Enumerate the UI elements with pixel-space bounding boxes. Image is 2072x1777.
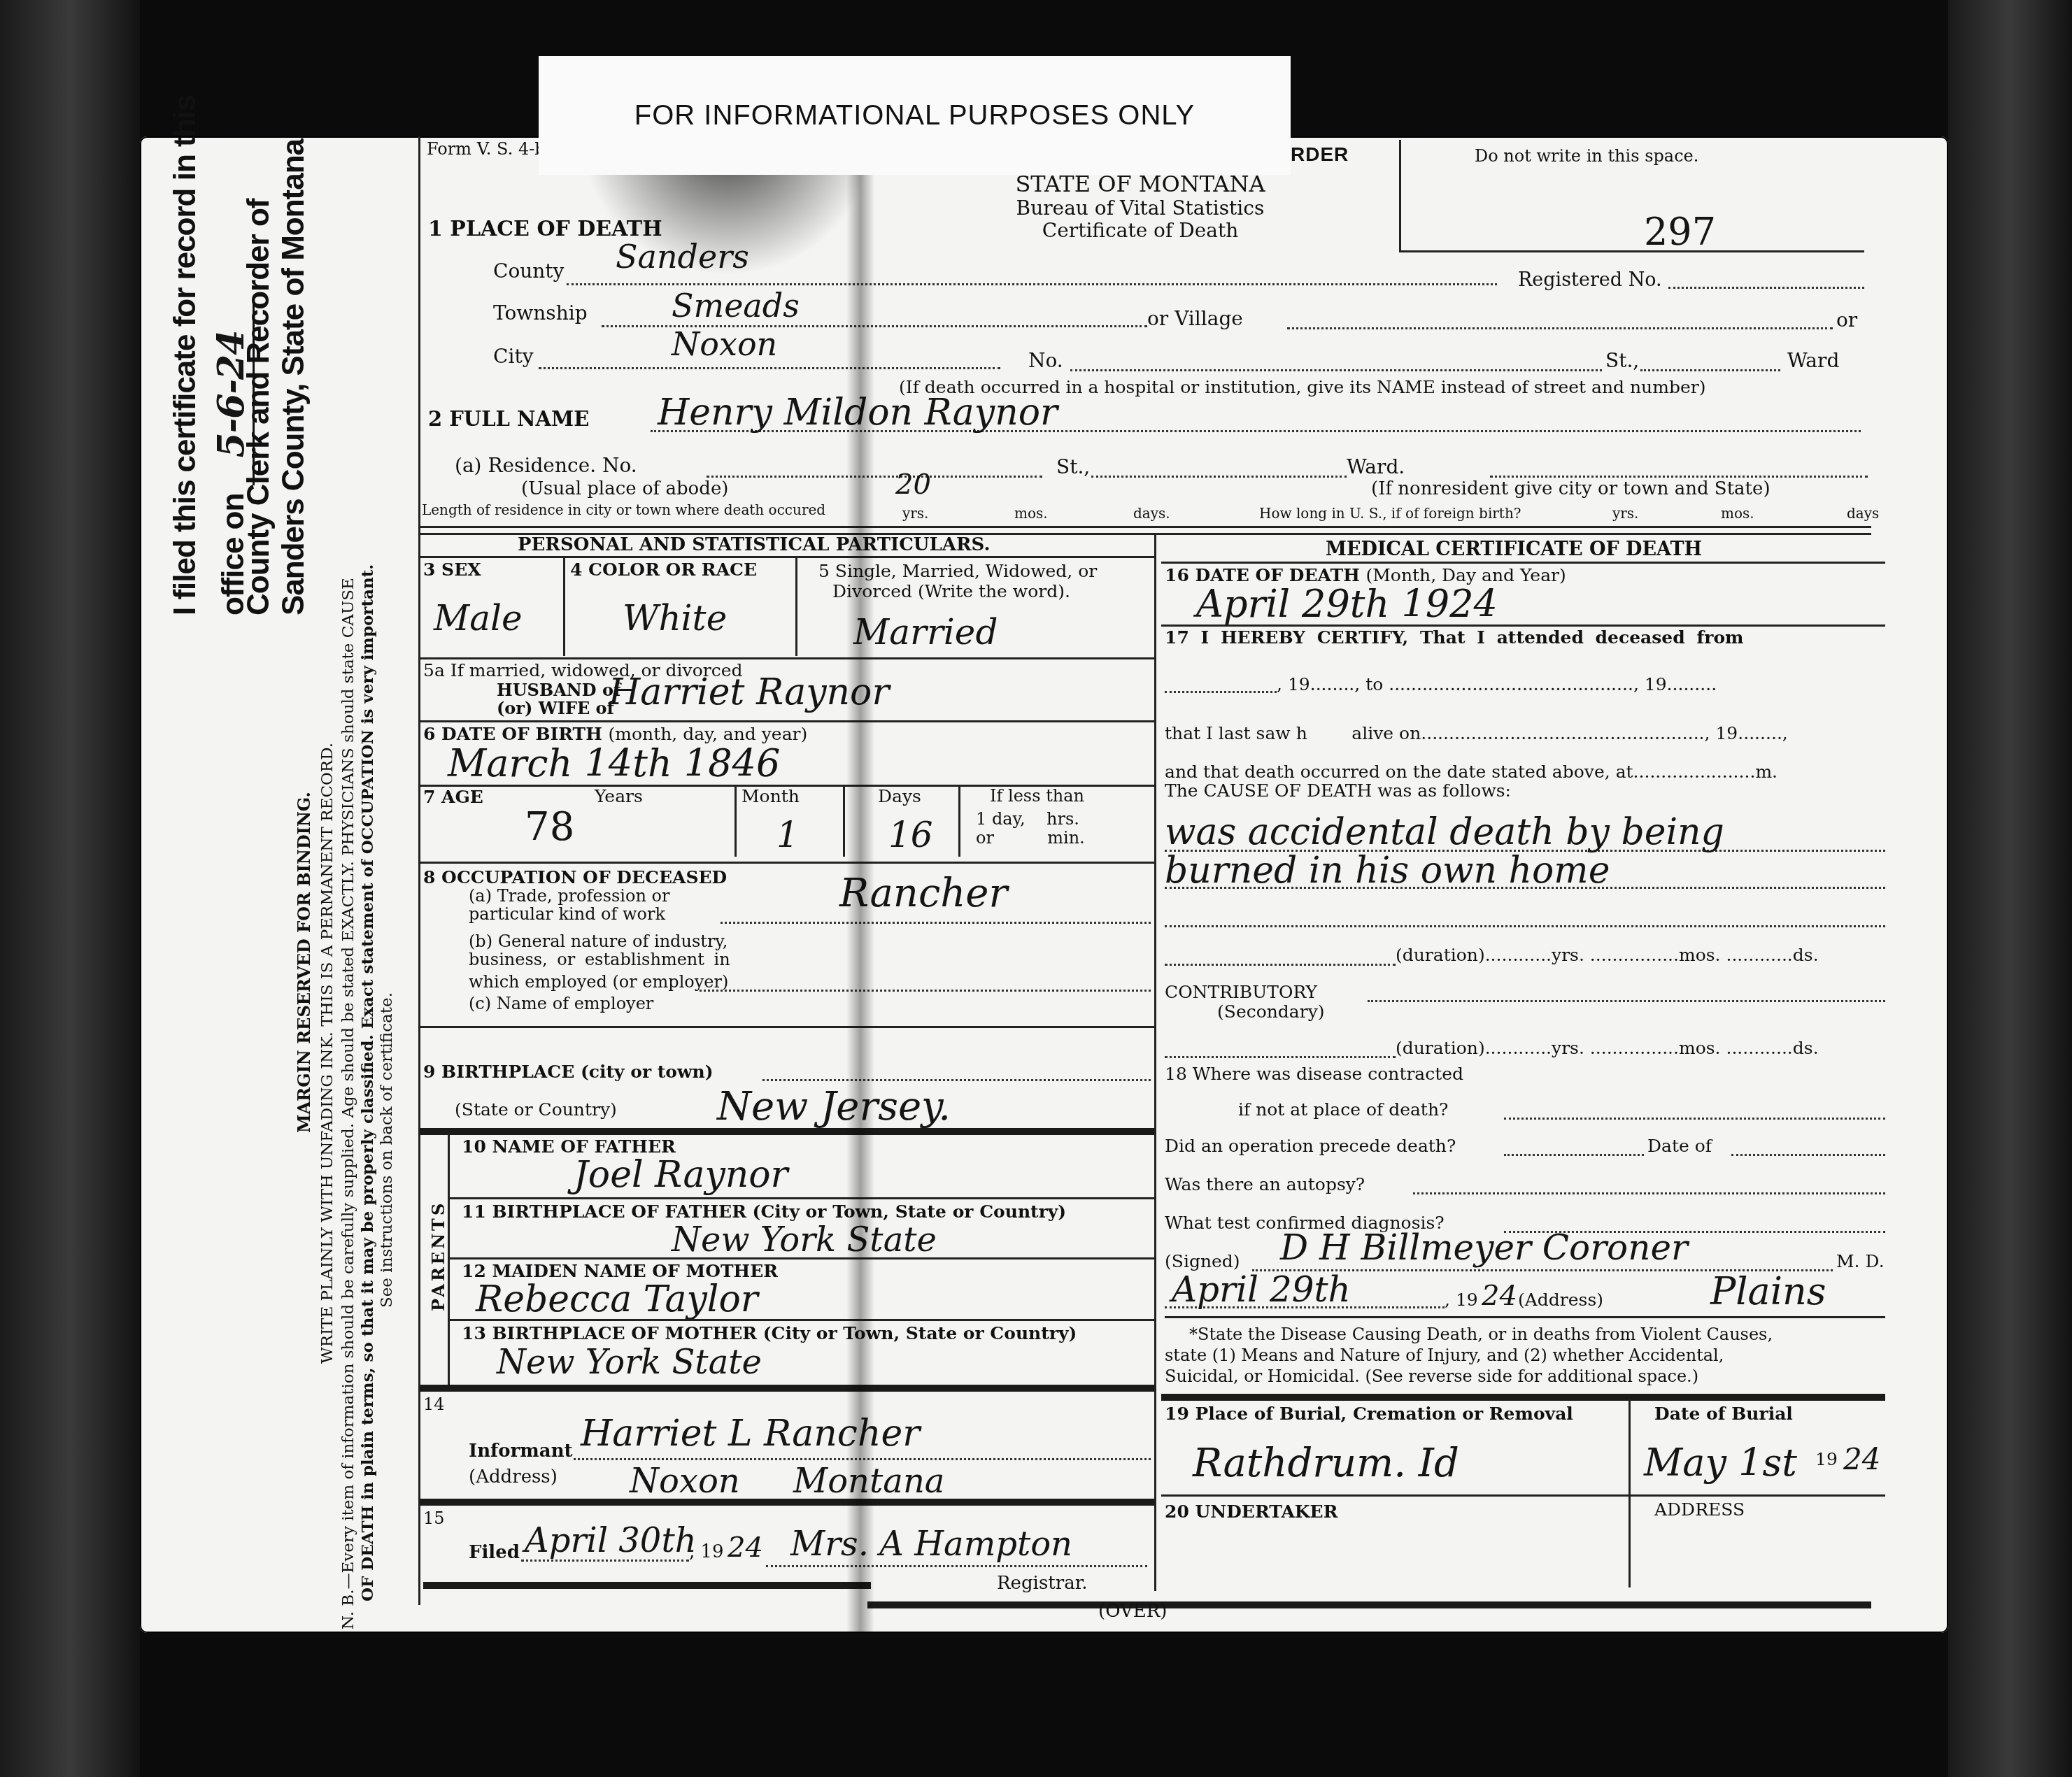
- burial-date-label: Date of Burial: [1654, 1404, 1793, 1424]
- footnote-2: state (1) Means and Nature of Injury, an…: [1165, 1346, 1724, 1366]
- foreign-birth-label: How long in U. S., if of foreign birth?: [1259, 505, 1521, 522]
- over-label: (OVER): [1098, 1601, 1167, 1622]
- spouse-label-2: HUSBAND of: [497, 680, 620, 700]
- city-value: Noxon: [672, 325, 777, 363]
- row-rule-7: [420, 862, 1154, 864]
- filing-number: 15: [423, 1509, 445, 1529]
- secondary-label: (Secondary): [1217, 1002, 1325, 1022]
- do-not-write-note: Do not write in this space.: [1475, 147, 1698, 166]
- mother-birthplace-value: New York State: [497, 1343, 762, 1382]
- margin-reserved-binding: MARGIN RESERVED FOR BINDING.: [294, 792, 314, 1133]
- operation-date-label: Date of: [1647, 1136, 1712, 1157]
- margin-clerk-line: County Clerk and Recorder of: [241, 199, 276, 615]
- margin-nb-line2: OF DEATH in plain terms, so that it may …: [358, 564, 377, 1601]
- duration-line: (duration)............yrs. .............…: [1396, 945, 1819, 966]
- nonresident-field[interactable]: [1490, 476, 1868, 478]
- informant-label: Informant: [469, 1441, 573, 1462]
- column-divider: [1154, 535, 1156, 1591]
- birthplace-state-label: (State or Country): [455, 1100, 617, 1120]
- marital-value: Married: [853, 612, 998, 652]
- age-days-label: Days: [878, 787, 921, 807]
- margin-nb-line3: See instructions on back of certificate.: [378, 992, 396, 1308]
- scan-background-left: [0, 0, 140, 1777]
- dod-value: April 29th 1924: [1196, 582, 1498, 626]
- form-number: Form V. S. 4-b: [427, 140, 546, 159]
- certify-label: 17 I HEREBY CERTIFY, That I attended dec…: [1165, 627, 1744, 648]
- row-rule-19: [1161, 1494, 1885, 1497]
- margin-filed-line1: I filed this certificate for record in t…: [168, 95, 203, 615]
- nonresident-note: (If nonresident give city or town and St…: [1371, 479, 1771, 500]
- bottom-rule-left: [423, 1582, 871, 1589]
- residence-st-field[interactable]: [1091, 476, 1347, 478]
- age-lt-label-2: 1 day, hrs.: [976, 810, 1079, 829]
- occupation-label: 8 OCCUPATION OF DECEASED: [423, 867, 727, 887]
- signed-rule: [1165, 1316, 1885, 1318]
- street-no-label: No.: [1028, 350, 1063, 372]
- residence-days-label: days.: [1133, 505, 1170, 522]
- usual-abode-label: (Usual place of abode): [521, 479, 728, 500]
- race-value: White: [623, 598, 727, 638]
- operation-label: Did an operation precede death?: [1165, 1136, 1456, 1157]
- occupation-b-field[interactable]: [700, 990, 1151, 992]
- undertaker-address-label: ADDRESS: [1654, 1500, 1745, 1520]
- row-rule-13: [420, 1385, 1154, 1392]
- row-rule-16: [1161, 625, 1885, 627]
- filed-date-value: April 30th: [525, 1521, 697, 1560]
- paper-tear: [846, 136, 874, 1633]
- village-field[interactable]: [1287, 327, 1833, 329]
- signed-value: D H Billmeyer Coroner: [1280, 1227, 1688, 1268]
- sex-label: 3 SEX: [423, 559, 481, 580]
- burial-place-value: Rathdrum. Id: [1193, 1441, 1459, 1486]
- age-lt-label-1: If less than: [990, 787, 1084, 806]
- full-name-label: 2 FULL NAME: [428, 407, 589, 431]
- signed-year-value: 24: [1482, 1280, 1517, 1312]
- county-field[interactable]: [567, 283, 1497, 285]
- registrar-name: Mrs. A Hampton: [790, 1525, 1072, 1564]
- street-no-field[interactable]: [1070, 369, 1602, 371]
- occupation-a-1: (a) Trade, profession or: [469, 887, 669, 906]
- undertaker-label: 20 UNDERTAKER: [1165, 1501, 1337, 1522]
- township-value: Smeads: [672, 287, 800, 324]
- signed-address-label: (Address): [1518, 1290, 1603, 1311]
- cause-field-3[interactable]: [1165, 925, 1885, 927]
- row-rule-18: [1161, 1394, 1885, 1401]
- occupation-b-2: business, or establishment in: [469, 950, 730, 970]
- operation-field[interactable]: [1504, 1154, 1644, 1156]
- residence-mos-label: mos.: [1014, 505, 1048, 522]
- registry-box-left: [1399, 140, 1401, 252]
- personal-title-rule: [420, 556, 1154, 558]
- registered-no-label: Registered No.: [1518, 269, 1662, 291]
- footnote-3: Suicidal, or Homicidal. (See reverse sid…: [1165, 1367, 1698, 1387]
- mother-name-value: Rebecca Taylor: [476, 1278, 758, 1320]
- birthplace-city-field[interactable]: [762, 1079, 1151, 1081]
- age-month-label: Month: [741, 787, 800, 807]
- residence-st-label: St.,: [1056, 456, 1090, 478]
- row-rule-5a: [420, 720, 1154, 722]
- where-contracted-field[interactable]: [1504, 1118, 1885, 1120]
- row-rule-12: [448, 1319, 1154, 1321]
- ward-label: Ward: [1787, 350, 1839, 372]
- margin-nb-line1: N. B.—Every item of information should b…: [339, 578, 357, 1629]
- age-years-value: 78: [525, 804, 574, 850]
- or-village-label: or Village: [1147, 308, 1243, 330]
- contributory-field[interactable]: [1368, 1000, 1885, 1002]
- age-col-1: [735, 787, 737, 857]
- parents-divider: [448, 1133, 450, 1388]
- where-contracted-1: 18 Where was disease contracted: [1165, 1064, 1463, 1085]
- burial-year-prefix: 19: [1815, 1450, 1838, 1470]
- attended-line: , 19........, to .......................…: [1277, 675, 1717, 695]
- burial-divider: [1628, 1399, 1631, 1587]
- informational-banner: FOR INFORMATIONAL PURPOSES ONLY: [539, 56, 1291, 175]
- where-contracted-2: if not at place of death?: [1238, 1100, 1448, 1120]
- registrar-label: Registrar.: [997, 1573, 1087, 1594]
- registrar-field[interactable]: [766, 1565, 1147, 1567]
- last-saw-line: that I last saw h alive on..............…: [1165, 724, 1788, 744]
- registry-box-bottom: [1399, 250, 1864, 252]
- sex-race-divider: [563, 558, 565, 656]
- birthplace-label: 9 BIRTHPLACE (city or town): [423, 1062, 714, 1082]
- age-months-value: 1: [776, 815, 799, 855]
- signed-year-prefix: , 19: [1445, 1290, 1478, 1311]
- birthplace-value: New Jersey.: [717, 1084, 951, 1129]
- sex-value: Male: [434, 598, 523, 638]
- residence-yrs-label: yrs.: [902, 505, 928, 522]
- occupation-a-2: particular kind of work: [469, 905, 665, 925]
- duration-field[interactable]: [1165, 964, 1396, 966]
- personal-section-title: PERSONAL AND STATISTICAL PARTICULARS.: [518, 535, 990, 556]
- or-label: or: [1836, 309, 1857, 331]
- cause-value-1: was accidental death by being: [1165, 811, 1724, 853]
- age-label: 7 AGE: [423, 787, 483, 807]
- foreign-days-label: days: [1847, 505, 1879, 522]
- row-rule-9: [420, 1128, 1154, 1135]
- row-rule-10: [448, 1197, 1154, 1199]
- cause-value-2: burned in his own home: [1165, 850, 1610, 892]
- signed-md-suffix: M. D.: [1836, 1252, 1885, 1272]
- age-col-2: [843, 787, 845, 857]
- operation-date-field[interactable]: [1731, 1154, 1885, 1156]
- bureau-title: Bureau of Vital Statistics: [881, 197, 1399, 220]
- spouse-label-3: (or) WIFE of: [497, 698, 614, 718]
- attended-from-field[interactable]: [1165, 691, 1277, 693]
- cause-label: The CAUSE OF DEATH was as follows:: [1165, 781, 1511, 801]
- section-divider-top: [420, 526, 1871, 528]
- margin-write-plainly: WRITE PLAINLY WITH UNFADING INK. THIS IS…: [318, 743, 336, 1364]
- duration-line-2: (duration)............yrs. .............…: [1396, 1039, 1819, 1059]
- mother-birthplace-label: 13 BIRTHPLACE OF MOTHER (City or Town, S…: [462, 1323, 1077, 1343]
- city-label: City: [493, 345, 533, 368]
- file-number: 297: [1644, 210, 1716, 254]
- city-field[interactable]: [539, 367, 1000, 369]
- filed-year-value: 24: [728, 1532, 763, 1564]
- foreign-yrs-label: yrs.: [1612, 505, 1638, 522]
- duration-field-2[interactable]: [1165, 1056, 1396, 1058]
- age-days-value: 16: [888, 815, 933, 855]
- township-label: Township: [493, 302, 588, 324]
- scan-background-right: [1948, 0, 2072, 1777]
- death-time-line: and that death occurred on the date stat…: [1165, 762, 1777, 783]
- medical-title-rule: [1161, 562, 1885, 564]
- informant-number: 14: [423, 1395, 445, 1415]
- autopsy-label: Was there an autopsy?: [1165, 1175, 1365, 1195]
- occupation-c: (c) Name of employer: [469, 994, 653, 1014]
- age-years-label: Years: [595, 787, 643, 807]
- occupation-b-1: (b) General nature of industry,: [469, 932, 728, 952]
- footnote-1: *State the Disease Causing Death, or in …: [1189, 1325, 1773, 1345]
- parents-side-label: PARENTS: [428, 1201, 448, 1311]
- street-label: St.,: [1605, 350, 1639, 372]
- bottom-rule-right: [867, 1601, 1871, 1608]
- father-birthplace-value: New York State: [672, 1220, 937, 1259]
- filed-year-prefix: , 19: [689, 1542, 724, 1563]
- race-label: 4 COLOR OR RACE: [570, 559, 757, 580]
- residence-label: (a) Residence. No.: [455, 455, 637, 477]
- burial-place-label: 19 Place of Burial, Cremation or Removal: [1165, 1404, 1573, 1424]
- occupation-b-3: which employed (or employer): [469, 973, 728, 992]
- race-marital-divider: [795, 558, 797, 656]
- foreign-mos-label: mos.: [1721, 505, 1754, 522]
- registered-no-field[interactable]: [1668, 287, 1864, 289]
- dob-value: March 14th 1846: [448, 741, 780, 785]
- autopsy-field[interactable]: [1413, 1192, 1885, 1194]
- county-label: County: [493, 260, 564, 283]
- contributory-label: CONTRIBUTORY: [1165, 983, 1317, 1003]
- informant-address-label: (Address): [469, 1467, 558, 1488]
- age-col-3: [958, 787, 960, 857]
- burial-date-value: May 1st: [1644, 1441, 1797, 1485]
- father-name-value: Joel Raynor: [574, 1154, 788, 1196]
- residence-no-field[interactable]: [707, 476, 1042, 478]
- informant-address-value: Noxon Montana: [630, 1462, 944, 1501]
- row-rule-14: [420, 1499, 1154, 1506]
- signed-date-value: April 29th: [1172, 1269, 1351, 1310]
- filed-label: Filed: [469, 1542, 520, 1563]
- medical-section-title: MEDICAL CERTIFICATE OF DEATH: [1326, 538, 1702, 560]
- row-rule-11: [448, 1257, 1154, 1259]
- signed-address-value: Plains: [1710, 1269, 1826, 1313]
- residence-length-label: Length of residence in city or town wher…: [422, 501, 825, 518]
- row-rule-5: [420, 657, 1154, 659]
- row-rule-8: [420, 1026, 1154, 1028]
- state-title: STATE OF MONTANA: [881, 171, 1399, 197]
- certificate-title: Certificate of Death: [881, 220, 1399, 242]
- burial-year-value: 24: [1843, 1442, 1880, 1476]
- ward-field[interactable]: [1640, 369, 1780, 371]
- occupation-a-field[interactable]: [721, 922, 1151, 924]
- father-birthplace-label: 11 BIRTHPLACE OF FATHER (City or Town, S…: [462, 1201, 1066, 1222]
- age-lt-label-3: or min.: [976, 829, 1085, 848]
- residence-ward-label: Ward.: [1347, 456, 1405, 478]
- residence-length-years: 20: [895, 469, 931, 501]
- margin-county-line: Sanders County, State of Montana: [276, 139, 311, 615]
